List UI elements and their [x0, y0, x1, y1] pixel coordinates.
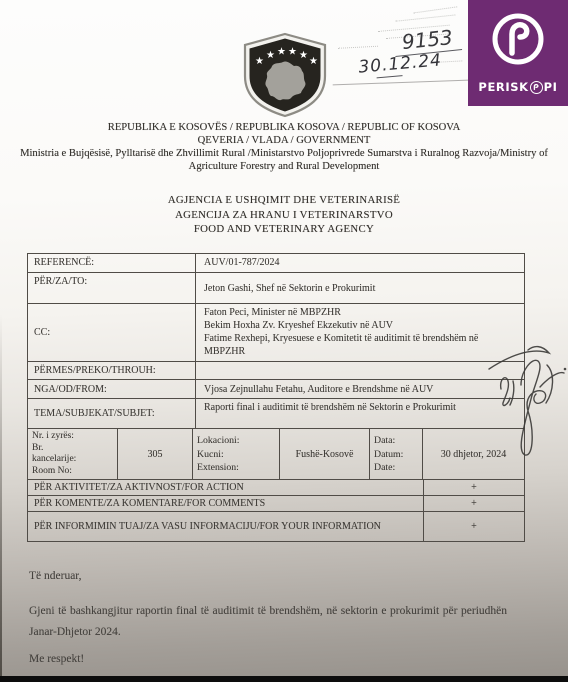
stamp-baseline — [333, 80, 469, 86]
table-row-subject: TEMA/SUBJEKAT/SUBJET: Raporti final i au… — [28, 398, 524, 428]
to-label: PËR/ZA/TO: — [28, 273, 196, 303]
date-label: Data: Datum: Date: — [370, 429, 423, 479]
ministry-line: Ministria e Bujqësisë, Pylltarisë dhe Zh… — [14, 147, 554, 173]
cc-value: Faton Peci, Minister në MBPZHR Bekim Hox… — [196, 304, 524, 361]
cc-line: Fatime Rexhepi, Kryesuese e Komitetit të… — [204, 332, 518, 358]
stamp-illegible-text — [338, 46, 378, 49]
wordmark-right: PI — [544, 80, 558, 94]
table-row-from: NGA/OD/FROM: Vjosa Zejnullahu Fetahu, Au… — [28, 379, 524, 398]
through-label: PËRMES/PREKO/THROUH: — [28, 362, 196, 379]
government-header: REPUBLIKA E KOSOVËS / REPUBLIKA KOSOVA /… — [14, 121, 554, 174]
handwritten-date: 30.12.24 — [358, 50, 443, 77]
periskopi-wordmark: PERISK PI — [468, 80, 568, 94]
kosovo-coat-of-arms-icon: ★ ★ ★ ★ ★ ★ — [239, 32, 331, 118]
photo-left-edge — [0, 314, 2, 682]
stamp-illegible-text — [414, 6, 458, 13]
svg-text:★: ★ — [309, 56, 318, 67]
date-value: 30 dhjetor, 2024 — [423, 429, 524, 479]
table-row-comments: PËR KOMENTE/ZA KOMENTARE/FOR COMMENTS + — [28, 495, 524, 511]
agency-name-en: FOOD AND VETERINARY AGENCY — [14, 222, 554, 237]
periskopi-logo: PERISK PI — [468, 0, 568, 106]
information-mark: + — [423, 512, 524, 541]
action-mark: + — [423, 480, 524, 495]
stamp-illegible-text — [396, 14, 456, 21]
svg-text:★: ★ — [299, 50, 308, 61]
room-number-value: 305 — [118, 429, 193, 479]
agency-name-sr: AGENCIJA ZA HRANU I VETERINARSTVO — [14, 208, 554, 223]
cc-line: Bekim Hoxha Zv. Kryeshef Ekzekutiv në AU… — [204, 319, 518, 332]
table-row-reference: REFERENCË: AUV/01-787/2024 — [28, 254, 524, 272]
from-label: NGA/OD/FROM: — [28, 380, 196, 398]
table-row-cc: CC: Faton Peci, Minister në MBPZHR Bekim… — [28, 303, 524, 361]
reference-value: AUV/01-787/2024 — [196, 254, 524, 272]
republic-line: REPUBLIKA E KOSOVËS / REPUBLIKA KOSOVA /… — [14, 121, 554, 134]
memo-table: REFERENCË: AUV/01-787/2024 PËR/ZA/TO: Je… — [27, 253, 525, 542]
agency-header: AGJENCIA E USHQIMIT DHE VETERINARISË AGE… — [14, 193, 554, 237]
from-value: Vjosa Zejnullahu Fetahu, Auditore e Bren… — [196, 380, 524, 398]
through-value — [196, 362, 524, 379]
to-value: Jeton Gashi, Shef në Sektorin e Prokurim… — [196, 273, 524, 303]
table-row-office: Nr. i zyrës: Br. kancelarije: Room No: 3… — [28, 428, 524, 479]
svg-text:★: ★ — [277, 47, 286, 58]
svg-text:★: ★ — [288, 47, 297, 58]
government-line: QEVERIA / VLADA / GOVERNMENT — [14, 134, 554, 147]
svg-text:★: ★ — [255, 56, 264, 67]
information-label: PËR INFORMIMIN TUAJ/ZA VASU INFORMACIJU/… — [28, 512, 423, 541]
comments-mark: + — [423, 496, 524, 511]
comments-label: PËR KOMENTE/ZA KOMENTARE/FOR COMMENTS — [28, 496, 423, 511]
body-paragraph: Gjeni të bashkangjitur raportin final të… — [29, 601, 507, 643]
registry-stamp: 9153 30.12.24 — [335, 1, 468, 87]
salutation: Të nderuar, — [29, 570, 82, 582]
subject-label: TEMA/SUBJEKAT/SUBJET: — [28, 399, 196, 428]
room-number-label: Nr. i zyrës: Br. kancelarije: Room No: — [28, 429, 118, 479]
action-label: PËR AKTIVITET/ZA AKTIVNOST/FOR ACTION — [28, 480, 423, 495]
table-row-to: PËR/ZA/TO: Jeton Gashi, Shef në Sektorin… — [28, 272, 524, 303]
scanned-letter-page: 9153 30.12.24 PERISK PI ★ ★ ★ ★ ★ ★ REPU… — [0, 0, 568, 682]
wordmark-left: PERISK — [478, 80, 528, 94]
closing: Me respekt! — [29, 653, 84, 665]
reference-label: REFERENCË: — [28, 254, 196, 272]
table-row-through: PËRMES/PREKO/THROUH: — [28, 361, 524, 379]
table-row-action: PËR AKTIVITET/ZA AKTIVNOST/FOR ACTION + — [28, 479, 524, 495]
location-label: Lokacioni: Kucni: Extension: — [193, 429, 280, 479]
photo-bottom-bar — [0, 676, 568, 682]
wordmark-r-icon — [530, 81, 543, 94]
cc-line: Faton Peci, Minister në MBPZHR — [204, 306, 518, 319]
location-value: Fushë-Kosovë — [280, 429, 370, 479]
subject-value: Raporti final i auditimit të brendshëm n… — [196, 399, 501, 428]
agency-name-sq: AGJENCIA E USHQIMIT DHE VETERINARISË — [14, 193, 554, 208]
cc-label: CC: — [28, 304, 196, 361]
svg-text:★: ★ — [266, 50, 275, 61]
table-row-information: PËR INFORMIMIN TUAJ/ZA VASU INFORMACIJU/… — [28, 511, 524, 541]
periskopi-circle-icon — [468, 8, 568, 70]
